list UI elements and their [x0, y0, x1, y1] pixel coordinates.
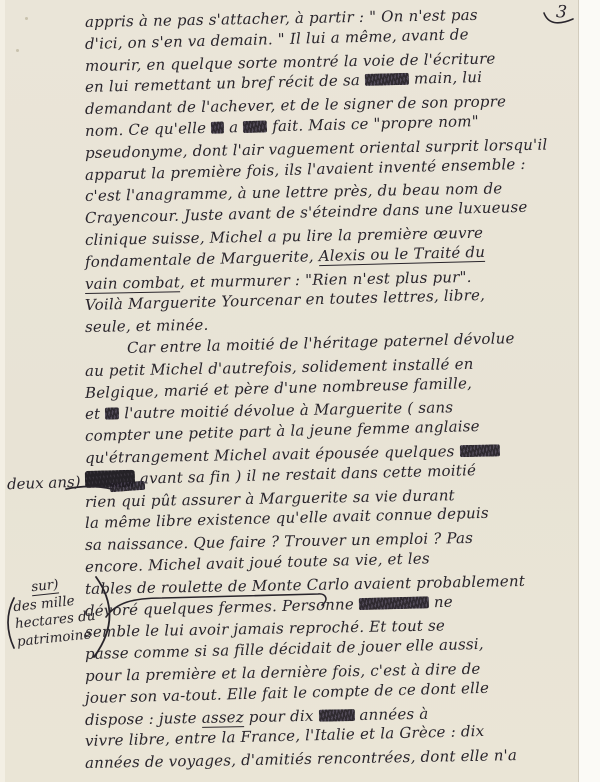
- page-right-edge: [578, 0, 600, 782]
- margin-note-deux-ans: deux ans): [7, 473, 81, 494]
- crossed-out-word: [318, 709, 354, 722]
- handwritten-text: fait. Mais ce "propre nom": [267, 112, 479, 135]
- handwritten-text: pour dix: [244, 706, 319, 725]
- page-left-edge: [0, 0, 5, 782]
- handwritten-text: et: [85, 405, 106, 423]
- handwritten-text: ne: [429, 592, 453, 611]
- handwritten-text: seule, et minée.: [85, 316, 209, 336]
- handwritten-text: a: [224, 118, 244, 136]
- crossed-out-word: [459, 444, 499, 457]
- crossed-out-word: [243, 120, 267, 133]
- handwritten-text: assez: [202, 708, 244, 728]
- handwritten-text: dispose : juste: [85, 708, 202, 728]
- handwritten-text: fondamentale de Marguerite,: [85, 247, 319, 271]
- handwritten-text: années à: [354, 704, 428, 723]
- paper-speck: [16, 49, 19, 52]
- handwritten-text: vain combat: [85, 273, 180, 294]
- margin-note-patrimoine: sur) des mille hectares du patrimoine: [11, 573, 99, 651]
- paper-speck: [25, 17, 28, 20]
- crossed-out-word: [359, 596, 429, 610]
- margin-note-text: sur): [30, 576, 59, 596]
- handwritten-text: en lui remettant un bref récit de sa: [85, 71, 365, 96]
- handwritten-text: nom. Ce qu'elle: [85, 119, 212, 140]
- manuscript-page: 3 appris à ne pas s'attacher, à partir :…: [0, 0, 600, 782]
- crossed-out-word: [211, 121, 224, 133]
- handwritten-text: main, lui: [409, 68, 483, 88]
- crossed-out-word: [105, 408, 119, 420]
- crossed-out-word: [365, 73, 409, 86]
- handwritten-text: Alexis ou le Traité du: [319, 243, 486, 266]
- manuscript-text-block: appris à ne pas s'attacher, à partir : "…: [85, 12, 578, 775]
